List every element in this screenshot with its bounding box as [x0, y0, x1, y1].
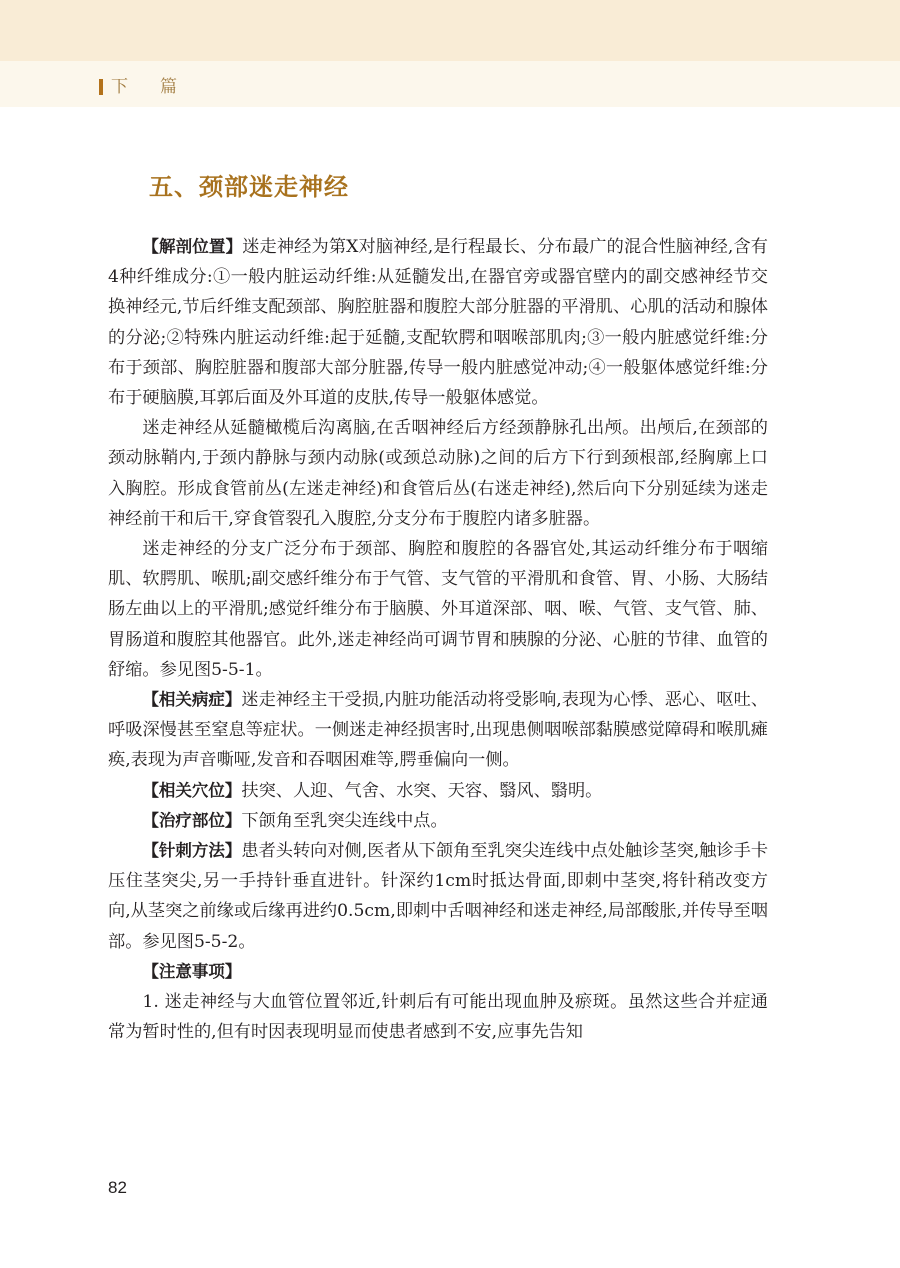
label-treatment-site: 【治疗部位】: [142, 811, 241, 830]
paragraph-needling: 【针刺方法】患者头转向对侧,医者从下颌角至乳突尖连线中点处触诊茎突,触诊手卡压住…: [108, 836, 768, 957]
page-number: 82: [108, 1178, 127, 1198]
paragraph-precaution-1: 1. 迷走神经与大血管位置邻近,针刺后有可能出现血肿及瘀斑。虽然这些合并症通常为…: [108, 987, 768, 1047]
text-anatomy: 迷走神经为第Ⅹ对脑神经,是行程最长、分布最广的混合性脑神经,含有4种纤维成分:①…: [108, 237, 768, 408]
top-decorative-band: [0, 0, 900, 61]
running-header: [0, 61, 900, 107]
paragraph-anatomy: 【解剖位置】迷走神经为第Ⅹ对脑神经,是行程最长、分布最广的混合性脑神经,含有4种…: [108, 232, 768, 413]
label-acupoints: 【相关穴位】: [142, 781, 241, 800]
label-needling: 【针刺方法】: [142, 841, 241, 860]
paragraph-treatment-site: 【治疗部位】下颌角至乳突尖连线中点。: [108, 806, 768, 836]
paragraph-disease: 【相关病症】迷走神经主干受损,内脏功能活动将受影响,表现为心悸、恶心、呕吐、呼吸…: [108, 685, 768, 776]
paragraph-branches: 迷走神经的分支广泛分布于颈部、胸腔和腹腔的各器官处,其运动纤维分布于咽缩肌、软腭…: [108, 534, 768, 685]
text-acupoints: 扶突、人迎、气舍、水突、天容、翳风、翳明。: [241, 781, 602, 801]
paragraph-precautions-heading: 【注意事项】: [108, 957, 768, 987]
label-anatomy: 【解剖位置】: [142, 237, 242, 256]
label-disease: 【相关病症】: [142, 690, 241, 709]
header-bar-marker: [99, 79, 103, 95]
paragraph-course: 迷走神经从延髓橄榄后沟离脑,在舌咽神经后方经颈静脉孔出颅。出颅后,在颈部的颈动脉…: [108, 413, 768, 534]
header-part-char-2: 篇: [160, 74, 177, 100]
text-treatment-site: 下颌角至乳突尖连线中点。: [241, 811, 447, 831]
body-text: 【解剖位置】迷走神经为第Ⅹ对脑神经,是行程最长、分布最广的混合性脑神经,含有4种…: [108, 232, 768, 1047]
section-title: 五、颈部迷走神经: [149, 170, 349, 204]
paragraph-acupoints: 【相关穴位】扶突、人迎、气舍、水突、天容、翳风、翳明。: [108, 776, 768, 806]
label-precautions: 【注意事项】: [142, 962, 241, 981]
header-part-char-1: 下: [111, 74, 128, 100]
